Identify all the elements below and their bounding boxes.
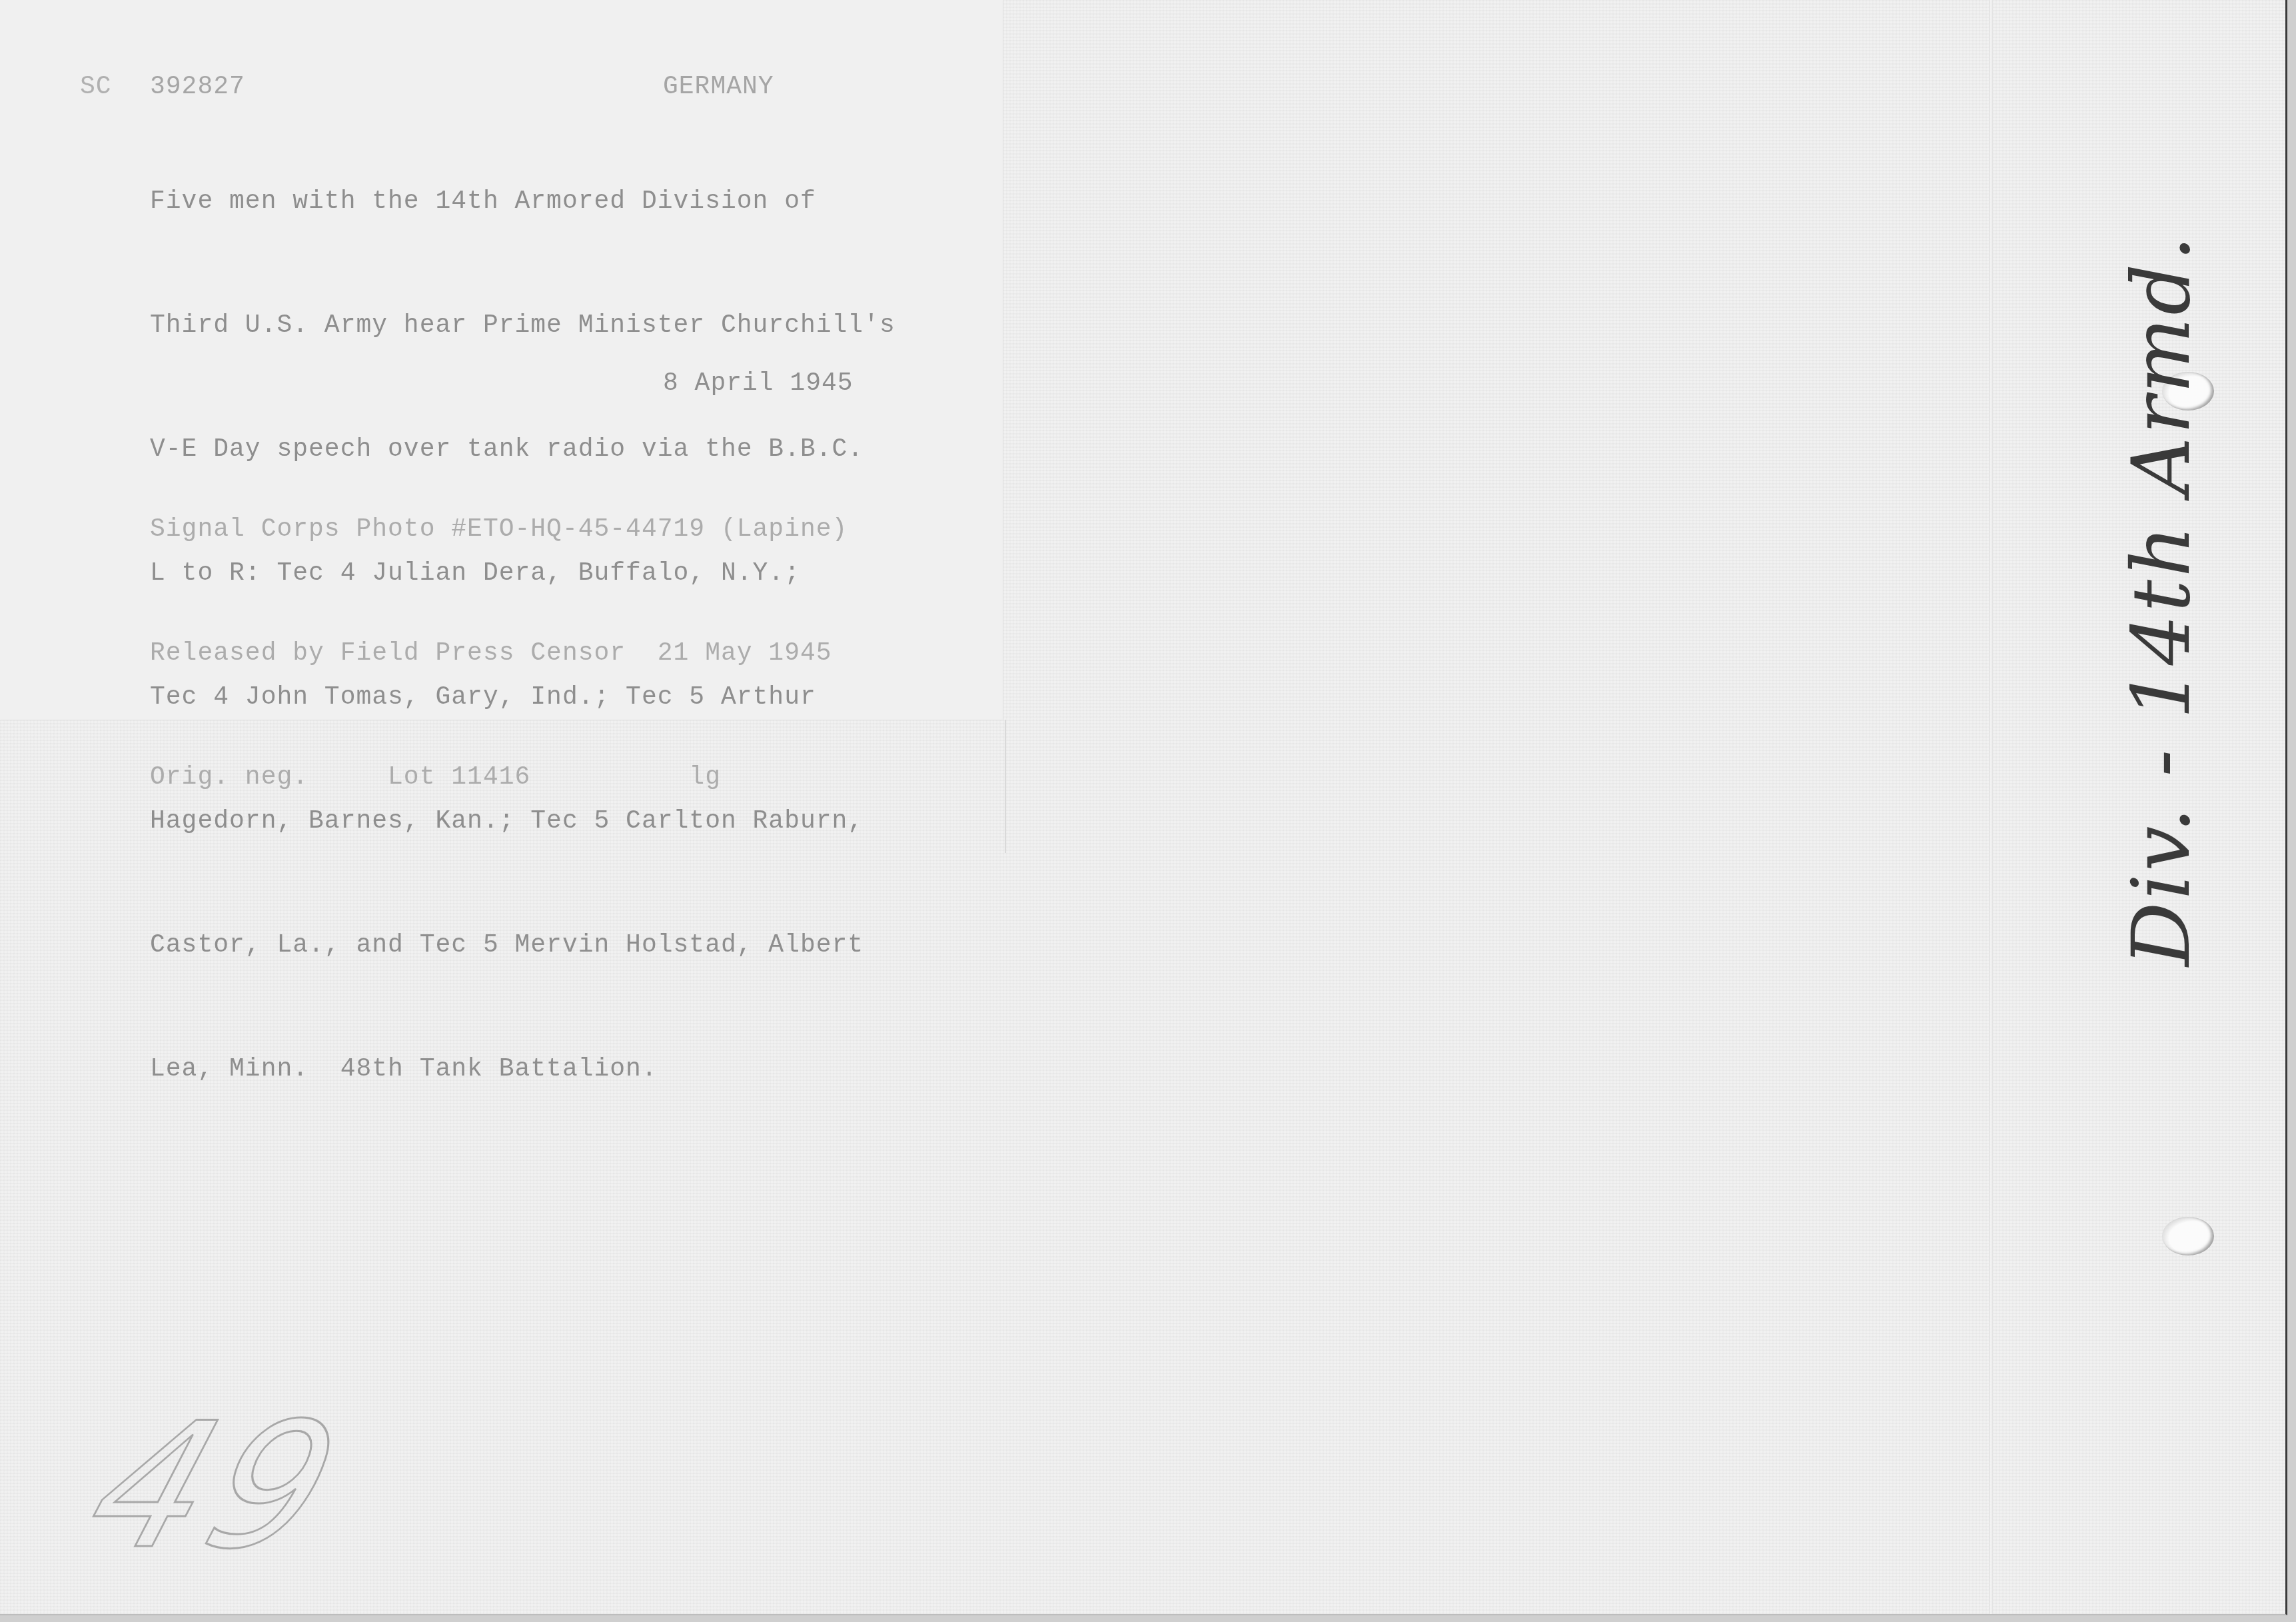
binder-hole-icon bbox=[2162, 1217, 2214, 1255]
caption-credits: Signal Corps Photo #ETO-HQ-45-44719 (Lap… bbox=[150, 426, 848, 881]
handwritten-annotation: Div. - 14th Armd. bbox=[2115, 233, 2208, 966]
credit-line: Orig. neg. Lot 11416 lg bbox=[150, 757, 848, 798]
caption-date: 8 April 1945 bbox=[663, 363, 854, 405]
caption-line: Castor, La., and Tec 5 Mervin Holstad, A… bbox=[150, 925, 895, 966]
caption-line: Five men with the 14th Armored Division … bbox=[150, 181, 895, 223]
binding-crease bbox=[1989, 0, 1993, 1614]
pencil-number: 49 bbox=[67, 1386, 366, 1587]
credit-line: Released by Field Press Censor 21 May 19… bbox=[150, 633, 848, 674]
caption-line: Third U.S. Army hear Prime Minister Chur… bbox=[150, 305, 895, 347]
mounting-sheet: SC 392827 GERMANY Five men with the 14th… bbox=[0, 0, 2287, 1615]
caption-line: Lea, Minn. 48th Tank Battalion. bbox=[150, 1049, 895, 1090]
card-fold-line bbox=[1005, 720, 1006, 853]
caption-card: SC 392827 GERMANY Five men with the 14th… bbox=[0, 0, 1003, 720]
caption-prefix: SC bbox=[80, 67, 112, 108]
credit-line: Signal Corps Photo #ETO-HQ-45-44719 (Lap… bbox=[150, 509, 848, 550]
